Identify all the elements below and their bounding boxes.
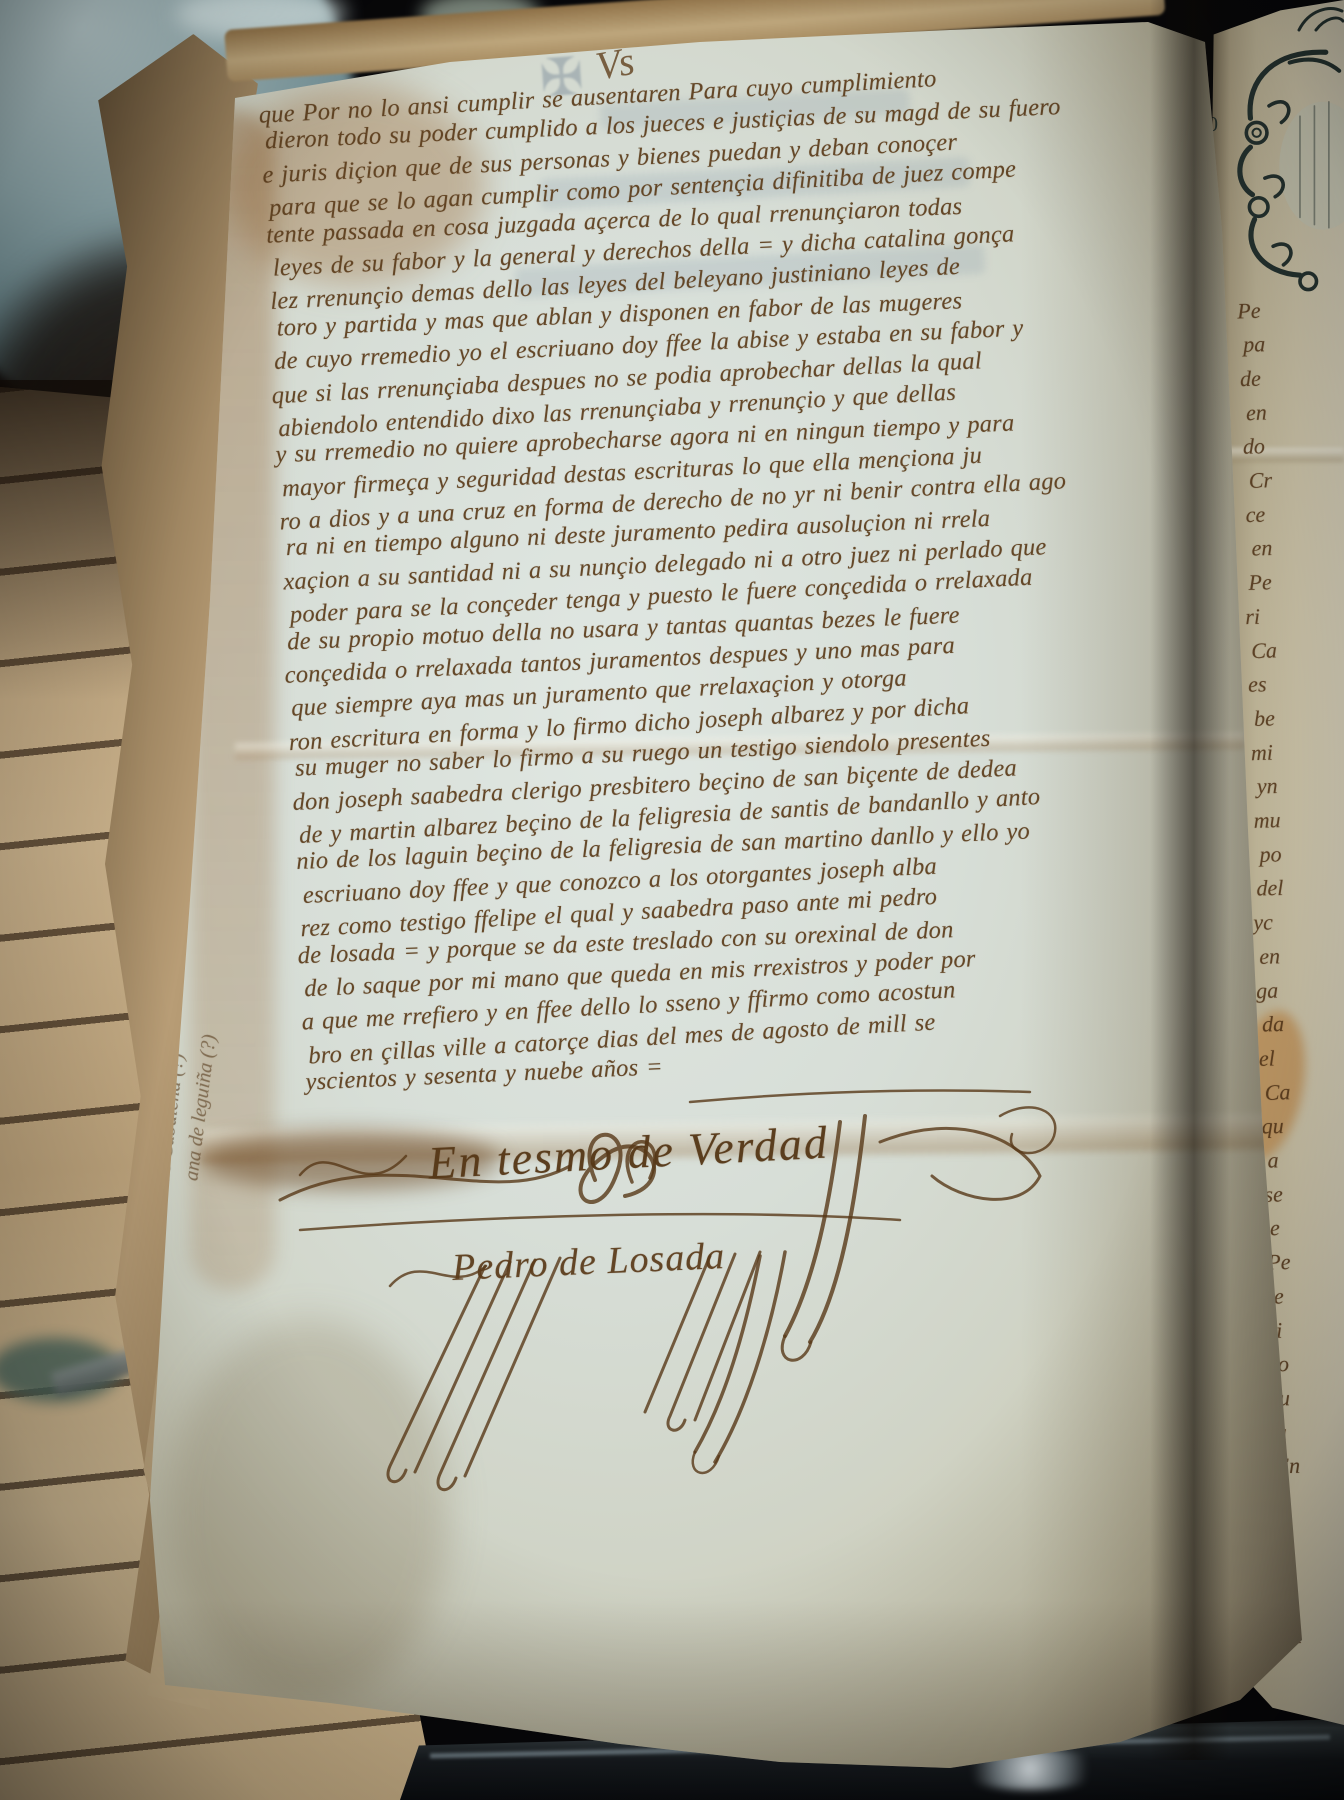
right-folio-line-fragment: Pe <box>1267 1247 1344 1283</box>
right-folio-line-fragment: yc <box>1253 907 1344 943</box>
right-folio-line-fragment: ga <box>1256 975 1344 1012</box>
right-folio-line-fragment: yn <box>1257 771 1344 807</box>
right-folio-line-fragment: Pe <box>1248 567 1344 603</box>
right-folio-line-fragment: Ca <box>1264 1077 1344 1114</box>
right-folio-line-fragment: da <box>1262 1009 1344 1045</box>
right-folio-line-fragment: do <box>1243 432 1344 468</box>
right-folio-line-fragment: be <box>1254 703 1344 740</box>
manuscript-text-block: que Por no lo ansi cumplir se ausentaren… <box>262 55 1237 1101</box>
right-folio-line-fragment: ce <box>1245 499 1344 536</box>
right-folio-line-fragment: ri <box>1245 601 1344 638</box>
right-folio-line-fragment: mi <box>1250 737 1344 774</box>
tax-seal-stamp <box>1225 44 1344 302</box>
right-folio-line-fragment: li <box>1270 1315 1344 1352</box>
right-folio-line-fragment: Ca <box>1251 635 1344 672</box>
right-folio-line-fragment: el <box>1259 1043 1344 1080</box>
right-folio-line-fragment: mu <box>1253 805 1344 842</box>
right-folio-line-fragment: Pe <box>1237 295 1338 332</box>
right-folio-line-fragment: pa <box>1243 330 1344 366</box>
right-folio-line-fragment: se <box>1261 1213 1344 1249</box>
right-folio-line-fragment: qu <box>1261 1111 1344 1147</box>
right-folio-line-fragment: del <box>1256 873 1344 909</box>
right-folio-line-fragment: se <box>1264 1179 1344 1216</box>
right-folio-line-fragment: a <box>1267 1145 1344 1182</box>
right-folio-line-fragment: de <box>1240 363 1341 400</box>
right-folio-line-fragment: en <box>1251 534 1344 570</box>
corner-stamp-fragment <box>1294 0 1344 32</box>
right-folio-line-fragment: es <box>1248 669 1344 705</box>
manuscript-photo: 10 PepadeendoCrceenPeriCaesbemiynmupodel… <box>0 0 1344 1800</box>
right-folio-line-fragment: po <box>1259 839 1344 876</box>
right-folio-line-fragment: en <box>1259 941 1344 978</box>
right-folio-line-fragment: Cr <box>1248 465 1344 502</box>
right-folio-line-fragment: en <box>1246 397 1344 434</box>
page-gutter-shadow <box>1150 0 1230 1760</box>
